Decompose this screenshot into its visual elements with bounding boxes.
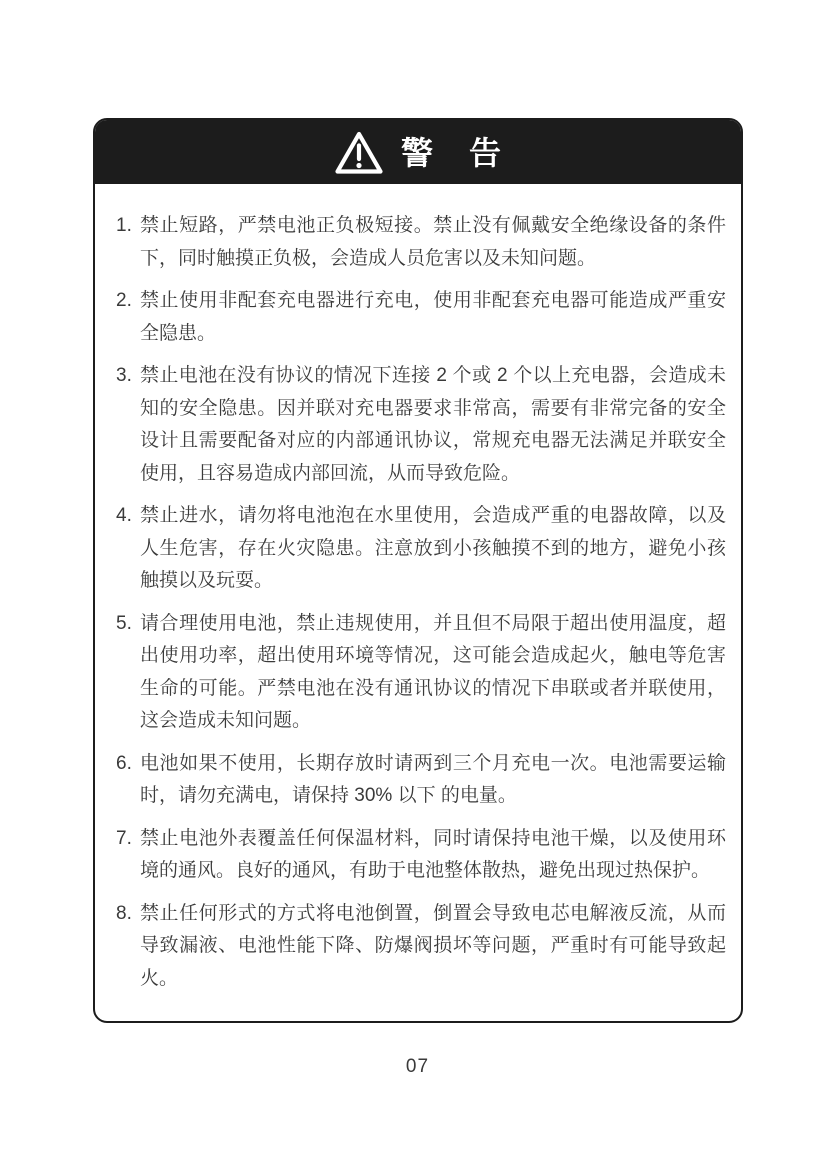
item-number: 4. <box>114 500 140 598</box>
warning-item-1: 1. 禁止短路，严禁电池正负极短接。禁止没有佩戴安全绝缘设备的条件下，同时触摸正… <box>114 210 726 275</box>
warning-item-7: 7. 禁止电池外表覆盖任何保温材料，同时请保持电池干燥，以及使用环境的通风。良好… <box>114 823 726 888</box>
item-text: 禁止进水，请勿将电池泡在水里使用，会造成严重的电器故障，以及人生危害，存在火灾隐… <box>140 500 726 598</box>
warning-item-2: 2. 禁止使用非配套充电器进行充电，使用非配套充电器可能造成严重安全隐患。 <box>114 285 726 350</box>
warning-item-4: 4. 禁止进水，请勿将电池泡在水里使用，会造成严重的电器故障，以及人生危害，存在… <box>114 500 726 598</box>
warning-item-3: 3. 禁止电池在没有协议的情况下连接 2 个或 2 个以上充电器，会造成未知的安… <box>114 360 726 490</box>
warning-box: 警 告 1. 禁止短路，严禁电池正负极短接。禁止没有佩戴安全绝缘设备的条件下，同… <box>93 118 743 1023</box>
warning-title: 警 告 <box>401 135 503 169</box>
item-text: 请合理使用电池，禁止违规使用，并且但不局限于超出使用温度，超出使用功率，超出使用… <box>140 608 726 738</box>
warning-list: 1. 禁止短路，严禁电池正负极短接。禁止没有佩戴安全绝缘设备的条件下，同时触摸正… <box>95 184 741 1021</box>
warning-triangle-icon <box>333 129 385 176</box>
item-text: 电池如果不使用，长期存放时请两到三个月充电一次。电池需要运输时，请勿充满电，请保… <box>140 748 726 813</box>
item-number: 3. <box>114 360 140 490</box>
item-text: 禁止使用非配套充电器进行充电，使用非配套充电器可能造成严重安全隐患。 <box>140 285 726 350</box>
item-number: 1. <box>114 210 140 275</box>
item-number: 7. <box>114 823 140 888</box>
item-number: 6. <box>114 748 140 813</box>
item-number: 8. <box>114 898 140 996</box>
page-number: 07 <box>0 1056 835 1078</box>
item-number: 5. <box>114 608 140 738</box>
warning-item-6: 6. 电池如果不使用，长期存放时请两到三个月充电一次。电池需要运输时，请勿充满电… <box>114 748 726 813</box>
warning-item-5: 5. 请合理使用电池，禁止违规使用，并且但不局限于超出使用温度，超出使用功率，超… <box>114 608 726 738</box>
item-text: 禁止短路，严禁电池正负极短接。禁止没有佩戴安全绝缘设备的条件下，同时触摸正负极，… <box>140 210 726 275</box>
warning-header: 警 告 <box>95 120 741 184</box>
item-number: 2. <box>114 285 140 350</box>
item-text: 禁止任何形式的方式将电池倒置，倒置会导致电芯电解液反流，从而导致漏液、电池性能下… <box>140 898 726 996</box>
item-text: 禁止电池外表覆盖任何保温材料，同时请保持电池干燥，以及使用环境的通风。良好的通风… <box>140 823 726 888</box>
manual-page: 警 告 1. 禁止短路，严禁电池正负极短接。禁止没有佩戴安全绝缘设备的条件下，同… <box>0 0 835 1150</box>
item-text: 禁止电池在没有协议的情况下连接 2 个或 2 个以上充电器，会造成未知的安全隐患… <box>140 360 726 490</box>
warning-item-8: 8. 禁止任何形式的方式将电池倒置，倒置会导致电芯电解液反流，从而导致漏液、电池… <box>114 898 726 996</box>
